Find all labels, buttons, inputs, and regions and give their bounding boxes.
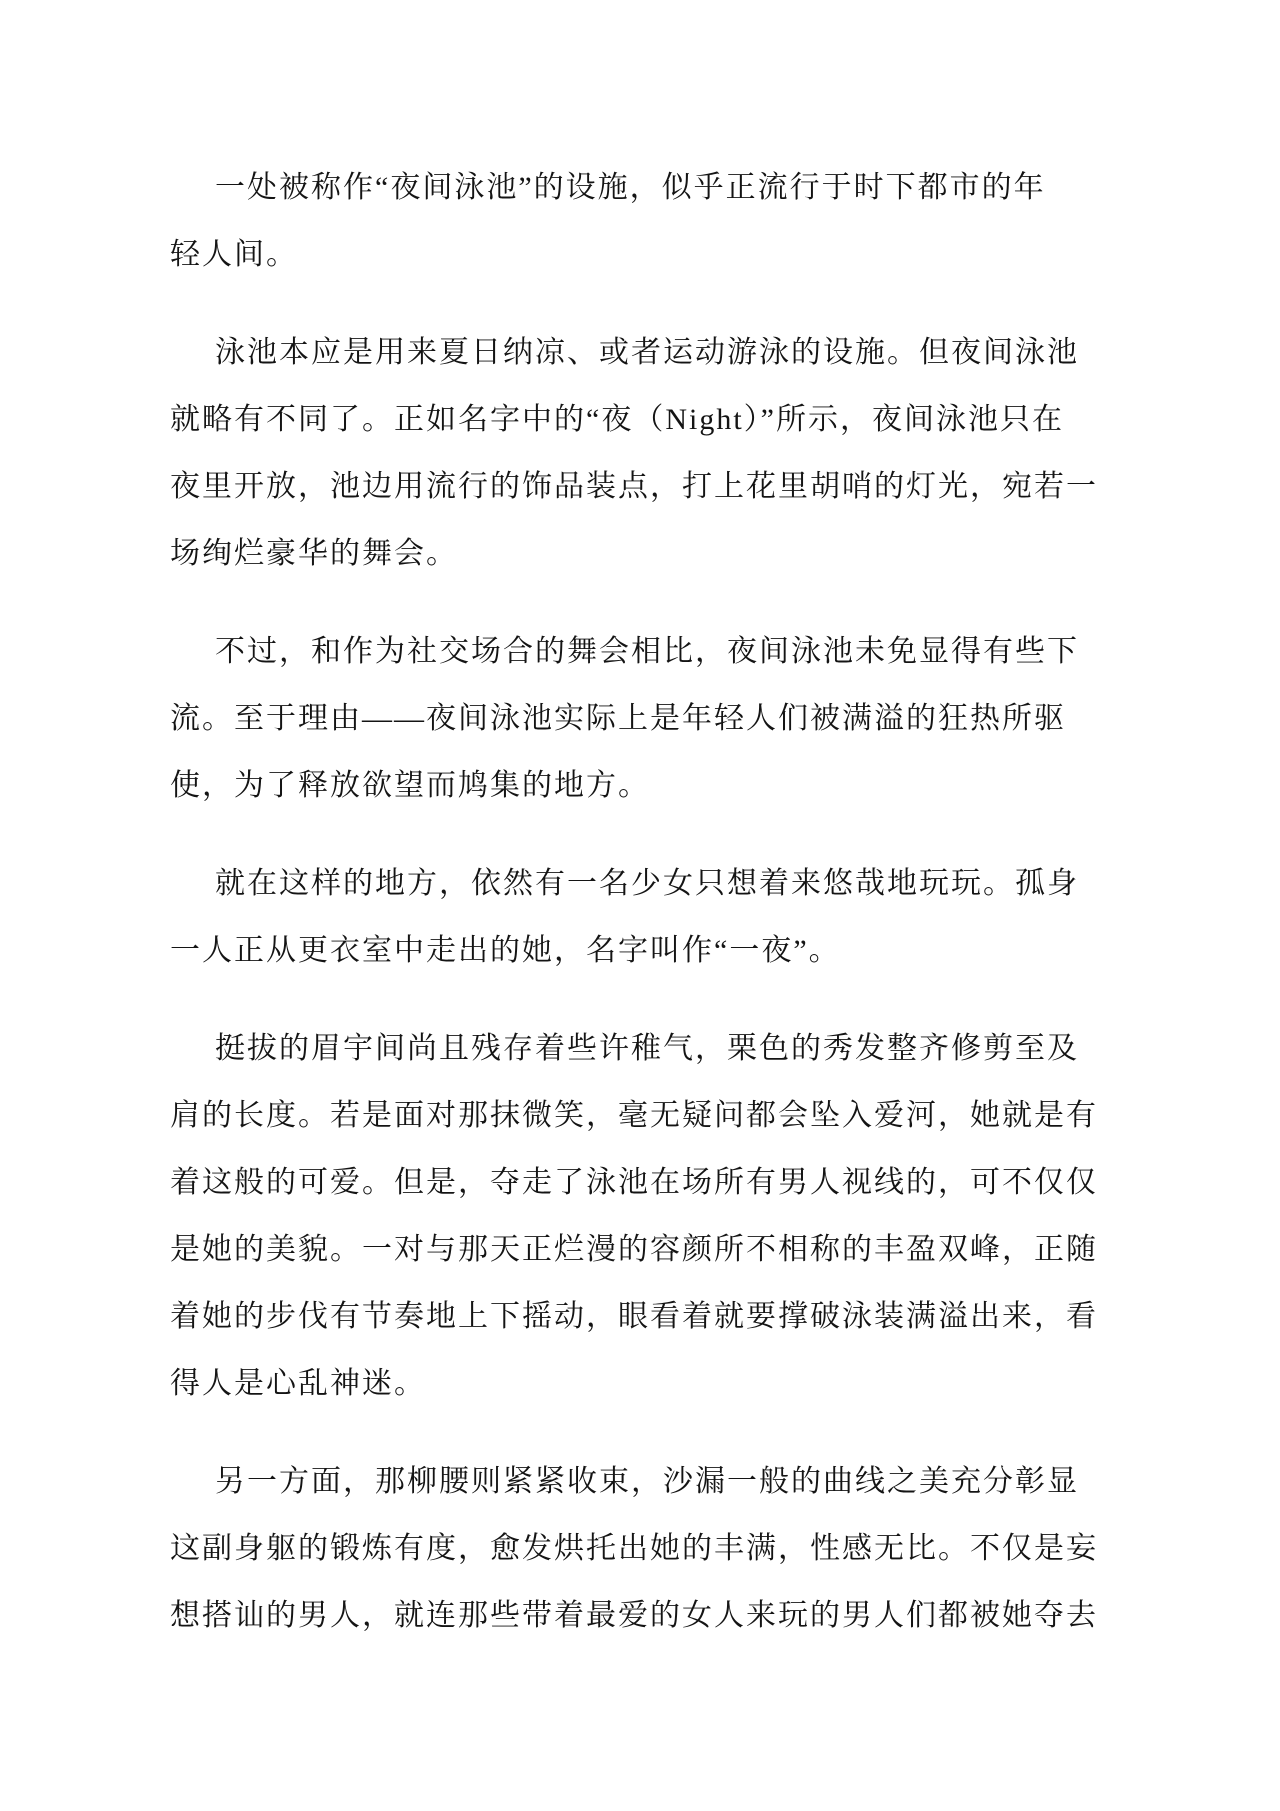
text-line: 一处被称作“夜间泳池”的设施，似乎正流行于时下都市的年 — [170, 154, 1112, 221]
text-line: 使，为了释放欲望而鸠集的地方。 — [170, 752, 1112, 819]
text-line: 想搭讪的男人，就连那些带着最爱的女人来玩的男人们都被她夺去 — [170, 1582, 1112, 1649]
text-line: 就在这样的地方，依然有一名少女只想着来悠哉地玩玩。孤身 — [170, 850, 1112, 917]
text-line: 流。至于理由——夜间泳池实际上是年轻人们被满溢的狂热所驱 — [170, 685, 1112, 752]
text-line: 场绚烂豪华的舞会。 — [170, 520, 1112, 587]
text-line: 夜里开放，池边用流行的饰品装点，打上花里胡哨的灯光，宛若一 — [170, 453, 1112, 520]
text-line: 就略有不同了。正如名字中的“夜（Night）”所示，夜间泳池只在 — [170, 386, 1112, 453]
document-text: 一处被称作“夜间泳池”的设施，似乎正流行于时下都市的年轻人间。泳池本应是用来夏日… — [170, 154, 1112, 1680]
paragraph: 挺拔的眉宇间尚且残存着些许稚气，栗色的秀发整齐修剪至及肩的长度。若是面对那抹微笑… — [170, 1015, 1112, 1417]
text-line: 另一方面，那柳腰则紧紧收束，沙漏一般的曲线之美充分彰显 — [170, 1448, 1112, 1515]
text-line: 着她的步伐有节奏地上下摇动，眼看着就要撑破泳装满溢出来，看 — [170, 1283, 1112, 1350]
text-line: 肩的长度。若是面对那抹微笑，毫无疑问都会坠入爱河，她就是有 — [170, 1082, 1112, 1149]
paragraph: 一处被称作“夜间泳池”的设施，似乎正流行于时下都市的年轻人间。 — [170, 154, 1112, 288]
paragraph: 不过，和作为社交场合的舞会相比，夜间泳池未免显得有些下流。至于理由——夜间泳池实… — [170, 618, 1112, 819]
text-line: 泳池本应是用来夏日纳凉、或者运动游泳的设施。但夜间泳池 — [170, 319, 1112, 386]
paragraph: 泳池本应是用来夏日纳凉、或者运动游泳的设施。但夜间泳池就略有不同了。正如名字中的… — [170, 319, 1112, 587]
text-line: 不过，和作为社交场合的舞会相比，夜间泳池未免显得有些下 — [170, 618, 1112, 685]
paragraph: 就在这样的地方，依然有一名少女只想着来悠哉地玩玩。孤身一人正从更衣室中走出的她，… — [170, 850, 1112, 984]
text-line: 一人正从更衣室中走出的她，名字叫作“一夜”。 — [170, 917, 1112, 984]
text-line: 轻人间。 — [170, 221, 1112, 288]
paragraph: 另一方面，那柳腰则紧紧收束，沙漏一般的曲线之美充分彰显这副身躯的锻炼有度，愈发烘… — [170, 1448, 1112, 1649]
text-line: 挺拔的眉宇间尚且残存着些许稚气，栗色的秀发整齐修剪至及 — [170, 1015, 1112, 1082]
text-line: 是她的美貌。一对与那天正烂漫的容颜所不相称的丰盈双峰，正随 — [170, 1216, 1112, 1283]
text-line: 得人是心乱神迷。 — [170, 1350, 1112, 1417]
document-page: 一处被称作“夜间泳池”的设施，似乎正流行于时下都市的年轻人间。泳池本应是用来夏日… — [0, 0, 1280, 1811]
text-line: 这副身躯的锻炼有度，愈发烘托出她的丰满，性感无比。不仅是妄 — [170, 1515, 1112, 1582]
text-line: 着这般的可爱。但是，夺走了泳池在场所有男人视线的，可不仅仅 — [170, 1149, 1112, 1216]
